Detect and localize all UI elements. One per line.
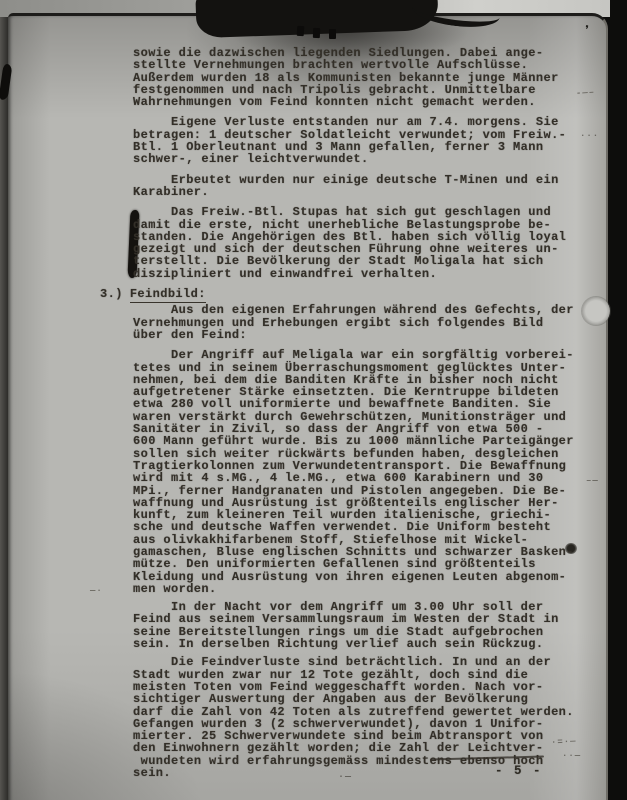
margin-scribble: -—– (576, 87, 596, 98)
typed-text-column: sowie die dazwischen liegenden Siedlunge… (100, 47, 578, 787)
margin-scribble: ··· (580, 131, 599, 141)
paragraph-continuation: sowie die dazwischen liegenden Siedlunge… (100, 47, 578, 108)
section-heading-feindbild: 3.)Feindbild: (100, 288, 578, 300)
scanned-document-page: -—– ··· –— ·=·— ··— ·— —· ❜ sowie die da… (0, 0, 627, 800)
paragraph-battalion-conduct: Das Freiw.-Btl. Stupas hat sich gut gesc… (100, 206, 578, 280)
paragraph-enemy-picture-intro: Aus den eigenen Erfahrungen während des … (100, 304, 578, 341)
paragraph-enemy-losses: Die Feindverluste sind beträchtlich. In … (100, 656, 578, 779)
paragraph-own-losses: Eigene Verluste entstanden nur am 7.4. m… (100, 116, 578, 165)
hole-punch-mark (582, 297, 610, 325)
section-number: 3.) (100, 287, 123, 301)
page-number: - 5 - (495, 764, 543, 778)
binder-clip-tooth (297, 26, 305, 36)
paragraph-captured-items: Erbeutet wurden nur einige deutsche T-Mi… (100, 174, 578, 199)
section-title: Feindbild: (130, 287, 206, 303)
binder-clip-tooth (329, 29, 336, 39)
paragraph-night-movement: In der Nacht vor dem Angriff um 3.00 Uhr… (100, 601, 578, 650)
paragraph-attack-description: Der Angriff auf Meligala war ein sorgfäl… (100, 349, 578, 595)
binder-clip-tooth (313, 28, 320, 38)
margin-scribble: –— (586, 476, 599, 486)
